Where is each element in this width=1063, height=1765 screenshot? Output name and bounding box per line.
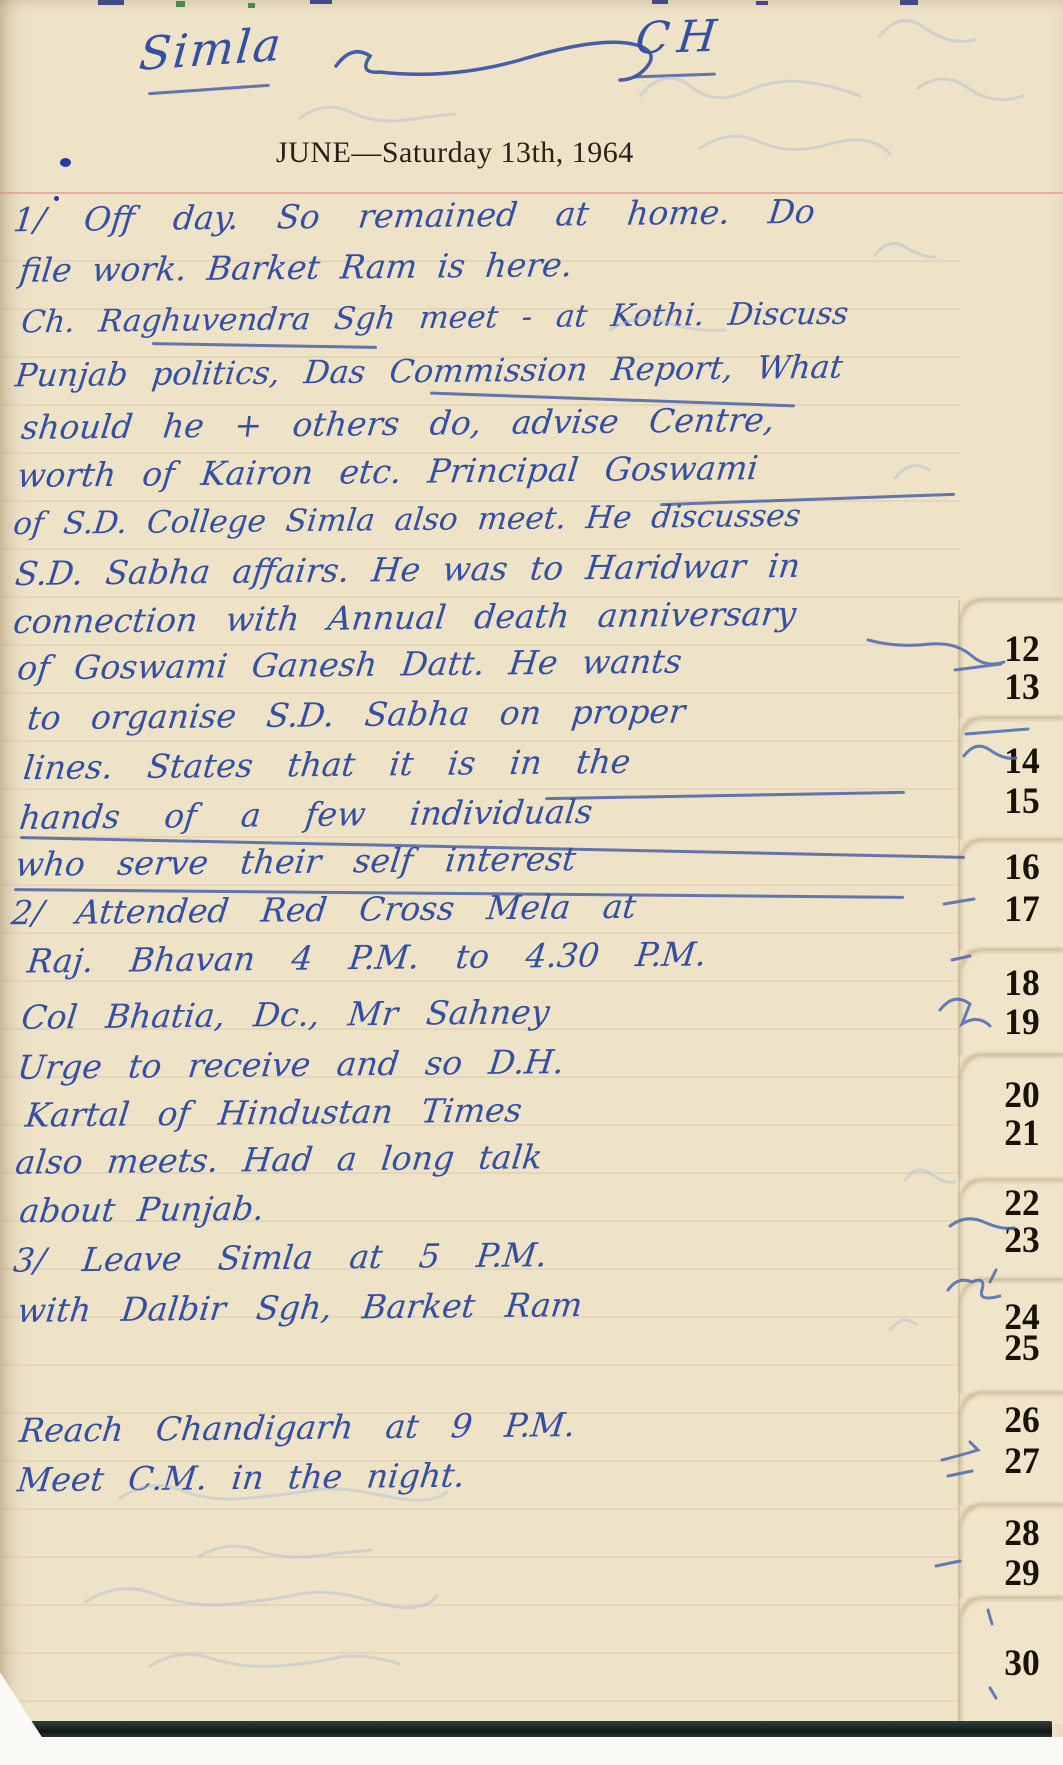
- day-tab-number: 18: [997, 962, 1047, 1005]
- book-edge-band: [6, 1721, 1052, 1738]
- edge-speck: [310, 0, 332, 4]
- pink-rule-line: [0, 192, 1063, 194]
- day-tab-number: 30: [997, 1642, 1047, 1685]
- diary-line: Raj. Bhavan 4 P.M. to 4.30 P.M.: [25, 934, 708, 980]
- edge-speck: [652, 0, 668, 4]
- edge-speck: [756, 1, 768, 5]
- diary-line: to organise S.D. Sabha on proper: [25, 692, 687, 738]
- diary-line: about Punjab.: [18, 1189, 267, 1231]
- day-tab-number: 17: [997, 888, 1047, 931]
- diary-page-scan: Simla CH JUNE—Saturday 13th, 1964 1/ Off…: [0, 0, 1063, 1765]
- day-tab-number: 28: [997, 1512, 1047, 1555]
- day-tab-number: 27: [997, 1440, 1047, 1483]
- diary-line: worth of Kairon etc. Principal Goswami: [15, 448, 760, 495]
- diary-line: also meets. Had a long talk: [13, 1137, 544, 1182]
- printed-date-heading: JUNE—Saturday 13th, 1964: [276, 136, 634, 170]
- day-tab-number: 26: [997, 1399, 1047, 1442]
- diary-line: connection with Annual death anniversary: [11, 594, 798, 641]
- day-tab-number: 15: [997, 780, 1047, 823]
- edge-speck: [176, 1, 185, 7]
- diary-line: Col Bhatia, Dc., Mr Sahney: [19, 992, 551, 1037]
- day-tab-number: 14: [997, 740, 1047, 783]
- day-tab-number: 20: [997, 1074, 1047, 1117]
- scan-background: [0, 1737, 1063, 1765]
- ink-dot: [60, 158, 71, 167]
- diary-line: Urge to receive and so D.H.: [15, 1042, 566, 1087]
- day-tab-number: 29: [997, 1552, 1047, 1595]
- diary-line: Kartal of Hindustan Times: [24, 1090, 525, 1134]
- day-tab-number: 21: [997, 1112, 1047, 1155]
- day-tab-number: 12: [997, 628, 1047, 671]
- diary-line: Reach Chandigarh at 9 P.M.: [17, 1405, 577, 1450]
- route-annotation: CH: [633, 10, 727, 64]
- day-tab-number: 23: [997, 1219, 1047, 1262]
- edge-speck: [98, 0, 124, 5]
- diary-line: 3/ Leave Simla at 5 P.M.: [11, 1235, 549, 1280]
- diary-line: file work. Barket Ram is here.: [17, 245, 574, 290]
- diary-line: Meet C.M. in the night.: [16, 1456, 468, 1500]
- diary-line: with Dalbir Sgh, Barket Ram: [15, 1285, 584, 1330]
- day-tab-number: 19: [997, 1001, 1047, 1044]
- edge-speck: [900, 0, 918, 5]
- diary-line: should he + others do, advise Centre,: [19, 400, 776, 447]
- day-tab-number: 13: [997, 666, 1047, 709]
- diary-line: S.D. Sabha affairs. He was to Haridwar i…: [13, 546, 802, 593]
- diary-line: hands of a few individuals: [17, 792, 594, 837]
- diary-line: lines. States that it is in the: [21, 742, 632, 787]
- day-tab-number: 25: [997, 1327, 1047, 1370]
- day-tab-number: 16: [997, 846, 1047, 889]
- diary-line: of Goswami Ganesh Datt. He wants: [15, 642, 683, 688]
- place-annotation: Simla: [137, 17, 285, 81]
- edge-speck: [248, 3, 255, 8]
